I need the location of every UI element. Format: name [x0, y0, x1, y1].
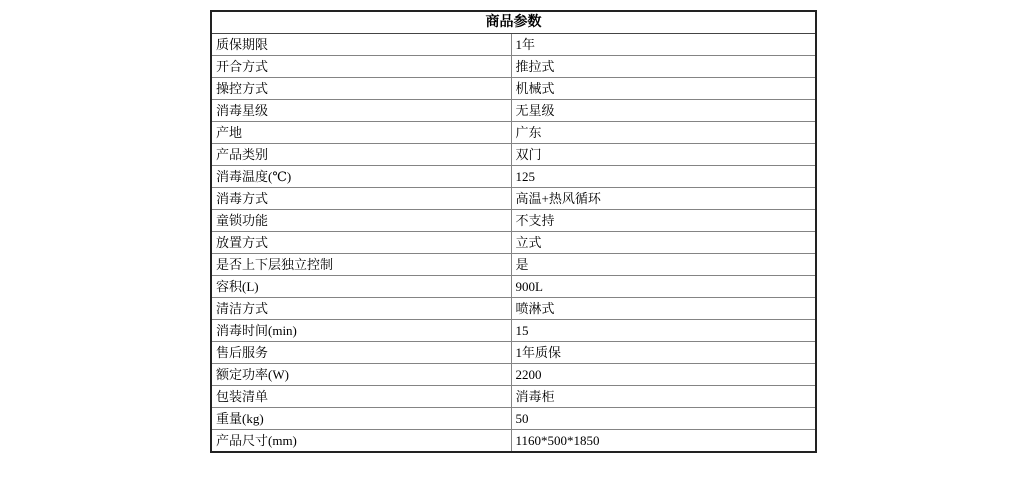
table-row: 产品类别双门 — [211, 144, 816, 166]
param-value: 推拉式 — [511, 56, 816, 78]
param-label: 消毒温度(℃) — [211, 166, 511, 188]
param-value: 2200 — [511, 364, 816, 386]
table-row: 放置方式立式 — [211, 232, 816, 254]
table-row: 消毒星级无星级 — [211, 100, 816, 122]
table-title: 商品参数 — [211, 11, 816, 34]
product-spec-table: 商品参数 质保期限1年开合方式推拉式操控方式机械式消毒星级无星级产地广东产品类别… — [210, 10, 817, 453]
param-value: 1年 — [511, 34, 816, 56]
table-row: 额定功率(W)2200 — [211, 364, 816, 386]
param-value: 900L — [511, 276, 816, 298]
param-label: 产品尺寸(mm) — [211, 430, 511, 453]
param-label: 额定功率(W) — [211, 364, 511, 386]
table-body: 质保期限1年开合方式推拉式操控方式机械式消毒星级无星级产地广东产品类别双门消毒温… — [211, 34, 816, 453]
param-value: 双门 — [511, 144, 816, 166]
param-label: 消毒星级 — [211, 100, 511, 122]
table-row: 产品尺寸(mm)1160*500*1850 — [211, 430, 816, 453]
table-row: 重量(kg)50 — [211, 408, 816, 430]
param-label: 包装清单 — [211, 386, 511, 408]
table-row: 消毒温度(℃)125 — [211, 166, 816, 188]
param-value: 不支持 — [511, 210, 816, 232]
table-header-row: 商品参数 — [211, 11, 816, 34]
table-row: 是否上下层独立控制是 — [211, 254, 816, 276]
param-value: 是 — [511, 254, 816, 276]
param-label: 质保期限 — [211, 34, 511, 56]
param-value: 立式 — [511, 232, 816, 254]
table-row: 质保期限1年 — [211, 34, 816, 56]
param-label: 产品类别 — [211, 144, 511, 166]
param-label: 售后服务 — [211, 342, 511, 364]
param-label: 重量(kg) — [211, 408, 511, 430]
param-label: 消毒时间(min) — [211, 320, 511, 342]
param-value: 1年质保 — [511, 342, 816, 364]
param-value: 喷淋式 — [511, 298, 816, 320]
table-row: 产地广东 — [211, 122, 816, 144]
param-label: 操控方式 — [211, 78, 511, 100]
param-value: 机械式 — [511, 78, 816, 100]
param-label: 放置方式 — [211, 232, 511, 254]
param-label: 容积(L) — [211, 276, 511, 298]
table-row: 消毒时间(min)15 — [211, 320, 816, 342]
param-value: 高温+热风循环 — [511, 188, 816, 210]
table-row: 包装清单消毒柜 — [211, 386, 816, 408]
table-row: 开合方式推拉式 — [211, 56, 816, 78]
table-row: 清洁方式喷淋式 — [211, 298, 816, 320]
table-row: 童锁功能不支持 — [211, 210, 816, 232]
table-row: 操控方式机械式 — [211, 78, 816, 100]
param-value: 50 — [511, 408, 816, 430]
param-value: 15 — [511, 320, 816, 342]
param-value: 广东 — [511, 122, 816, 144]
param-label: 消毒方式 — [211, 188, 511, 210]
table-row: 售后服务1年质保 — [211, 342, 816, 364]
param-label: 是否上下层独立控制 — [211, 254, 511, 276]
param-label: 产地 — [211, 122, 511, 144]
param-value: 无星级 — [511, 100, 816, 122]
param-label: 开合方式 — [211, 56, 511, 78]
param-value: 125 — [511, 166, 816, 188]
param-label: 清洁方式 — [211, 298, 511, 320]
param-label: 童锁功能 — [211, 210, 511, 232]
param-value: 消毒柜 — [511, 386, 816, 408]
table-row: 消毒方式高温+热风循环 — [211, 188, 816, 210]
table-row: 容积(L)900L — [211, 276, 816, 298]
param-value: 1160*500*1850 — [511, 430, 816, 453]
